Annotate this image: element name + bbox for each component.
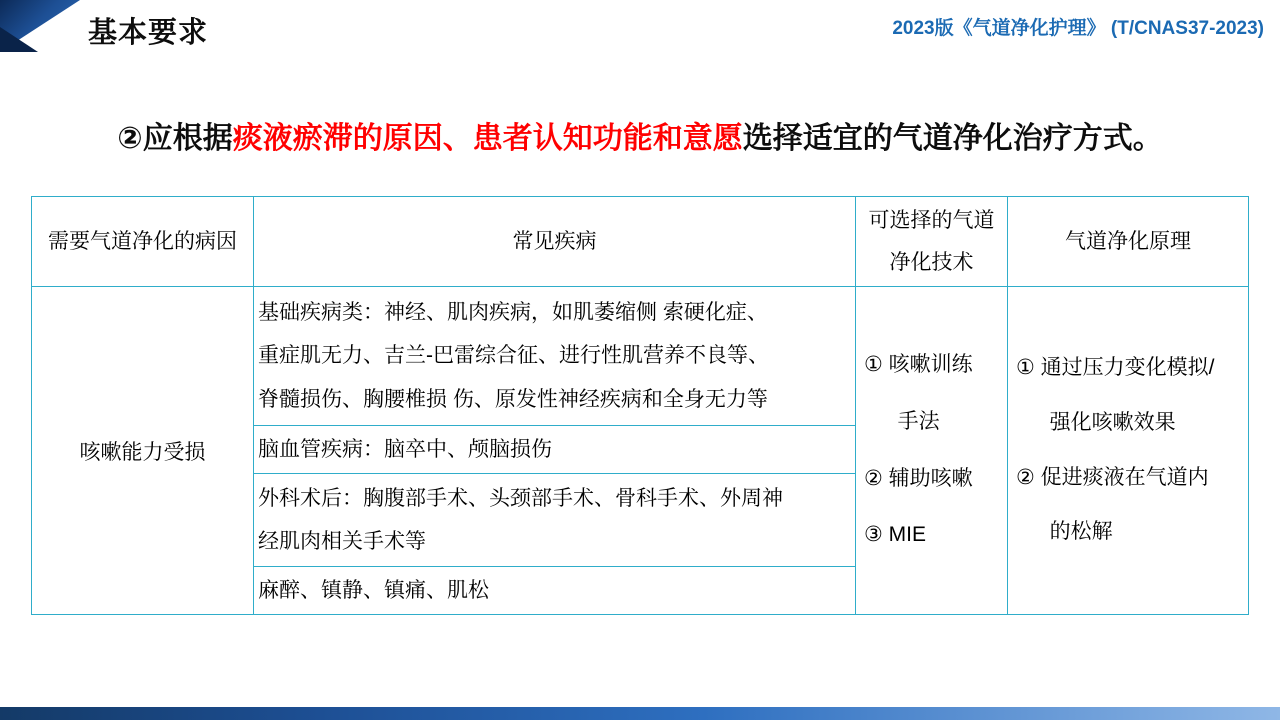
table-row: 咳嗽能力受损 基础疾病类：神经、肌肉疾病，如肌萎缩侧 索硬化症、 重症肌无力、吉… — [32, 287, 1249, 426]
column-header-diseases: 常见疾病 — [254, 197, 856, 287]
technique-item: ③ MIE — [864, 507, 1005, 564]
technique-item: ① 咳嗽训练 手法 — [864, 337, 1005, 450]
page-title: 基本要求 — [88, 10, 208, 51]
disease-cell-basic: 基础疾病类：神经、肌肉疾病，如肌萎缩侧 索硬化症、 重症肌无力、吉兰-巴雷综合征… — [254, 287, 856, 426]
techniques-cell: ① 咳嗽训练 手法 ② 辅助咳嗽 ③ MIE — [856, 287, 1008, 615]
disease-cell-anesthesia: 麻醉、镇静、镇痛、肌松 — [254, 567, 856, 615]
principles-cell: ① 通过压力变化模拟/ 强化咳嗽效果 ② 促进痰液在气道内 的松解 — [1008, 287, 1249, 615]
disease-cell-postsurgical: 外科术后：胸腹部手术、头颈部手术、骨科手术、外周神 经肌肉相关手术等 — [254, 474, 856, 567]
statement-highlight: 痰液瘀滞的原因、患者认知功能和意愿 — [233, 122, 743, 155]
standard-reference: 2023版《气道净化护理》 (T/CNAS37-2023) — [892, 13, 1264, 40]
statement-prefix: ②应根据 — [117, 122, 232, 155]
principle-item: ① 通过压力变化模拟/ 强化咳嗽效果 — [1016, 341, 1244, 450]
technique-item: ② 辅助咳嗽 — [864, 451, 1005, 508]
airway-clearance-table: 需要气道净化的病因 常见疾病 可选择的气道 净化技术 气道净化原理 咳嗽能力受损… — [31, 196, 1249, 615]
table-header-row: 需要气道净化的病因 常见疾病 可选择的气道 净化技术 气道净化原理 — [32, 197, 1249, 287]
requirement-statement: ②应根据痰液瘀滞的原因、患者认知功能和意愿选择适宜的气道净化治疗方式。 — [0, 113, 1280, 157]
column-header-principles: 气道净化原理 — [1008, 197, 1249, 287]
footer-gradient-bar — [0, 707, 1280, 720]
cause-cell: 咳嗽能力受损 — [32, 287, 254, 615]
column-header-cause: 需要气道净化的病因 — [32, 197, 254, 287]
column-header-techniques: 可选择的气道 净化技术 — [856, 197, 1008, 287]
disease-cell-cerebrovascular: 脑血管疾病：脑卒中、颅脑损伤 — [254, 426, 856, 474]
statement-suffix: 选择适宜的气道净化治疗方式。 — [743, 122, 1163, 155]
principle-item: ② 促进痰液在气道内 的松解 — [1016, 451, 1244, 560]
